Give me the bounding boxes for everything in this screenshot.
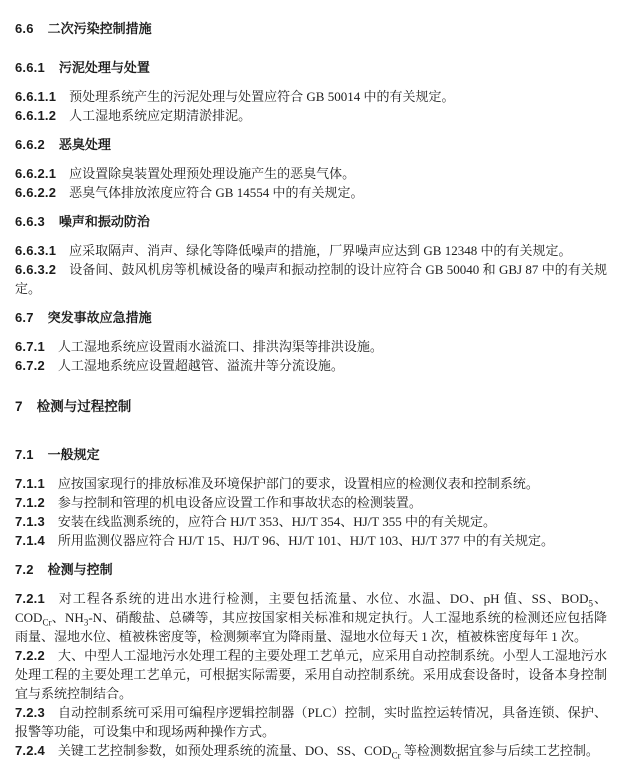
block-text: 自动控制系统可采用可编程序逻辑控制器（PLC）控制，实时监控运转情况，具备连锁、… [15,705,607,739]
block-number: 6.6.3.2 [15,262,56,277]
block-text: 检测与过程控制 [37,399,132,414]
block-text: 参与控制和管理的机电设备应设置工作和事故状态的检测装置。 [58,495,422,510]
block-number: 6.6.1 [15,60,45,75]
section-6.7: 6.7突发事故应急措施 [15,308,607,327]
clause-7.2.4: 7.2.4关键工艺控制参数，如预处理系统的流量、DO、SS、CODCr 等检测数… [15,741,607,760]
clause-7.1.2: 7.1.2参与控制和管理的机电设备应设置工作和事故状态的检测装置。 [15,493,607,512]
block-text: 人工湿地系统应设置雨水溢流口、排洪沟渠等排洪设施。 [58,339,383,354]
block-text: 应按国家现行的排放标准及环境保护部门的要求，设置相应的检测仪表和控制系统。 [58,476,539,491]
block-text: 预处理系统产生的污泥处理与处置应符合 GB 50014 中的有关规定。 [69,89,454,104]
clause-7.2.2: 7.2.2大、中型人工湿地污水处理工程的主要处理工艺单元，应采用自动控制系统。小… [15,646,607,703]
block-text: 人工湿地系统应设置超越管、溢流井等分流设施。 [58,358,344,373]
block-number: 6.6.1.1 [15,89,56,104]
subsection-6.6.2: 6.6.2恶臭处理 [15,135,607,154]
clause-6.7.1: 6.7.1人工湿地系统应设置雨水溢流口、排洪沟渠等排洪设施。 [15,337,607,356]
block-number: 7.2.2 [15,648,45,663]
block-text: 突发事故应急措施 [48,310,152,325]
block-text: 应设置除臭装置处理预处理设施产生的恶臭气体。 [69,166,355,181]
block-text: 关键工艺控制参数，如预处理系统的流量、DO、SS、CODCr 等检测数据宜参与后… [58,743,599,758]
chapter-7: 7检测与过程控制 [15,397,607,416]
block-text: 人工湿地系统应定期清淤排泥。 [69,108,251,123]
block-number: 6.6.3 [15,214,45,229]
block-text: 二次污染控制措施 [48,21,152,36]
block-text: 噪声和振动防治 [59,214,150,229]
block-text: 所用监测仪器应符合 HJ/T 15、HJ/T 96、HJ/T 101、HJ/T … [58,533,554,548]
clause-7.2.1: 7.2.1对工程各系统的进出水进行检测，主要包括流量、水位、水温、DO、pH 值… [15,589,607,646]
block-number: 6.6.3.1 [15,243,56,258]
block-number: 6.7 [15,310,34,325]
block-text: 安装在线监测系统的，应符合 HJ/T 353、HJ/T 354、HJ/T 355… [58,514,496,529]
block-number: 7.1.1 [15,476,45,491]
section-6.6: 6.6二次污染控制措施 [15,19,607,38]
clause-6.6.1.2: 6.6.1.2人工湿地系统应定期清淤排泥。 [15,106,607,125]
clause-6.6.1.1: 6.6.1.1预处理系统产生的污泥处理与处置应符合 GB 50014 中的有关规… [15,87,607,106]
block-text: 恶臭处理 [59,137,111,152]
block-text: 设备间、鼓风机房等机械设备的噪声和振动控制的设计应符合 GB 50040 和 G… [15,262,607,296]
block-number: 6.6.1.2 [15,108,56,123]
block-number: 6.6.2 [15,137,45,152]
section-7.1: 7.1一般规定 [15,445,607,464]
subsection-6.6.1: 6.6.1污泥处理与处置 [15,58,607,77]
block-text: 污泥处理与处置 [59,60,150,75]
block-number: 7 [15,399,23,414]
block-number: 7.1.4 [15,533,45,548]
document-page: 6.6二次污染控制措施6.6.1污泥处理与处置6.6.1.1预处理系统产生的污泥… [0,0,619,768]
block-text: 恶臭气体排放浓度应符合 GB 14554 中的有关规定。 [69,185,363,200]
clause-6.6.3.1: 6.6.3.1应采取隔声、消声、绿化等降低噪声的措施，厂界噪声应达到 GB 12… [15,241,607,260]
block-number: 6.6.2.2 [15,185,56,200]
clause-6.6.3.2: 6.6.3.2设备间、鼓风机房等机械设备的噪声和振动控制的设计应符合 GB 50… [15,260,607,298]
clause-6.6.2.1: 6.6.2.1应设置除臭装置处理预处理设施产生的恶臭气体。 [15,164,607,183]
block-number: 7.2.1 [15,591,45,606]
clause-7.2.3: 7.2.3自动控制系统可采用可编程序逻辑控制器（PLC）控制，实时监控运转情况，… [15,703,607,741]
block-text: 大、中型人工湿地污水处理工程的主要处理工艺单元，应采用自动控制系统。小型人工湿地… [15,648,607,701]
block-number: 7.1.3 [15,514,45,529]
section-7.2: 7.2检测与控制 [15,560,607,579]
clause-7.1.3: 7.1.3安装在线监测系统的，应符合 HJ/T 353、HJ/T 354、HJ/… [15,512,607,531]
block-text: 对工程各系统的进出水进行检测，主要包括流量、水位、水温、DO、pH 值、SS、B… [15,591,607,644]
block-number: 7.1 [15,447,34,462]
subsection-6.6.3: 6.6.3噪声和振动防治 [15,212,607,231]
block-number: 6.6.2.1 [15,166,56,181]
clause-6.6.2.2: 6.6.2.2恶臭气体排放浓度应符合 GB 14554 中的有关规定。 [15,183,607,202]
block-text: 一般规定 [48,447,100,462]
block-number: 7.1.2 [15,495,45,510]
block-text: 检测与控制 [48,562,113,577]
clause-6.7.2: 6.7.2人工湿地系统应设置超越管、溢流井等分流设施。 [15,356,607,375]
block-number: 6.7.1 [15,339,45,354]
block-number: 7.2.3 [15,705,45,720]
document-body: 6.6二次污染控制措施6.6.1污泥处理与处置6.6.1.1预处理系统产生的污泥… [15,9,607,760]
block-number: 7.2 [15,562,34,577]
clause-7.1.1: 7.1.1应按国家现行的排放标准及环境保护部门的要求，设置相应的检测仪表和控制系… [15,474,607,493]
block-number: 6.6 [15,21,34,36]
block-text: 应采取隔声、消声、绿化等降低噪声的措施，厂界噪声应达到 GB 12348 中的有… [69,243,571,258]
clause-7.1.4: 7.1.4所用监测仪器应符合 HJ/T 15、HJ/T 96、HJ/T 101、… [15,531,607,550]
block-number: 7.2.4 [15,743,45,758]
block-number: 6.7.2 [15,358,45,373]
